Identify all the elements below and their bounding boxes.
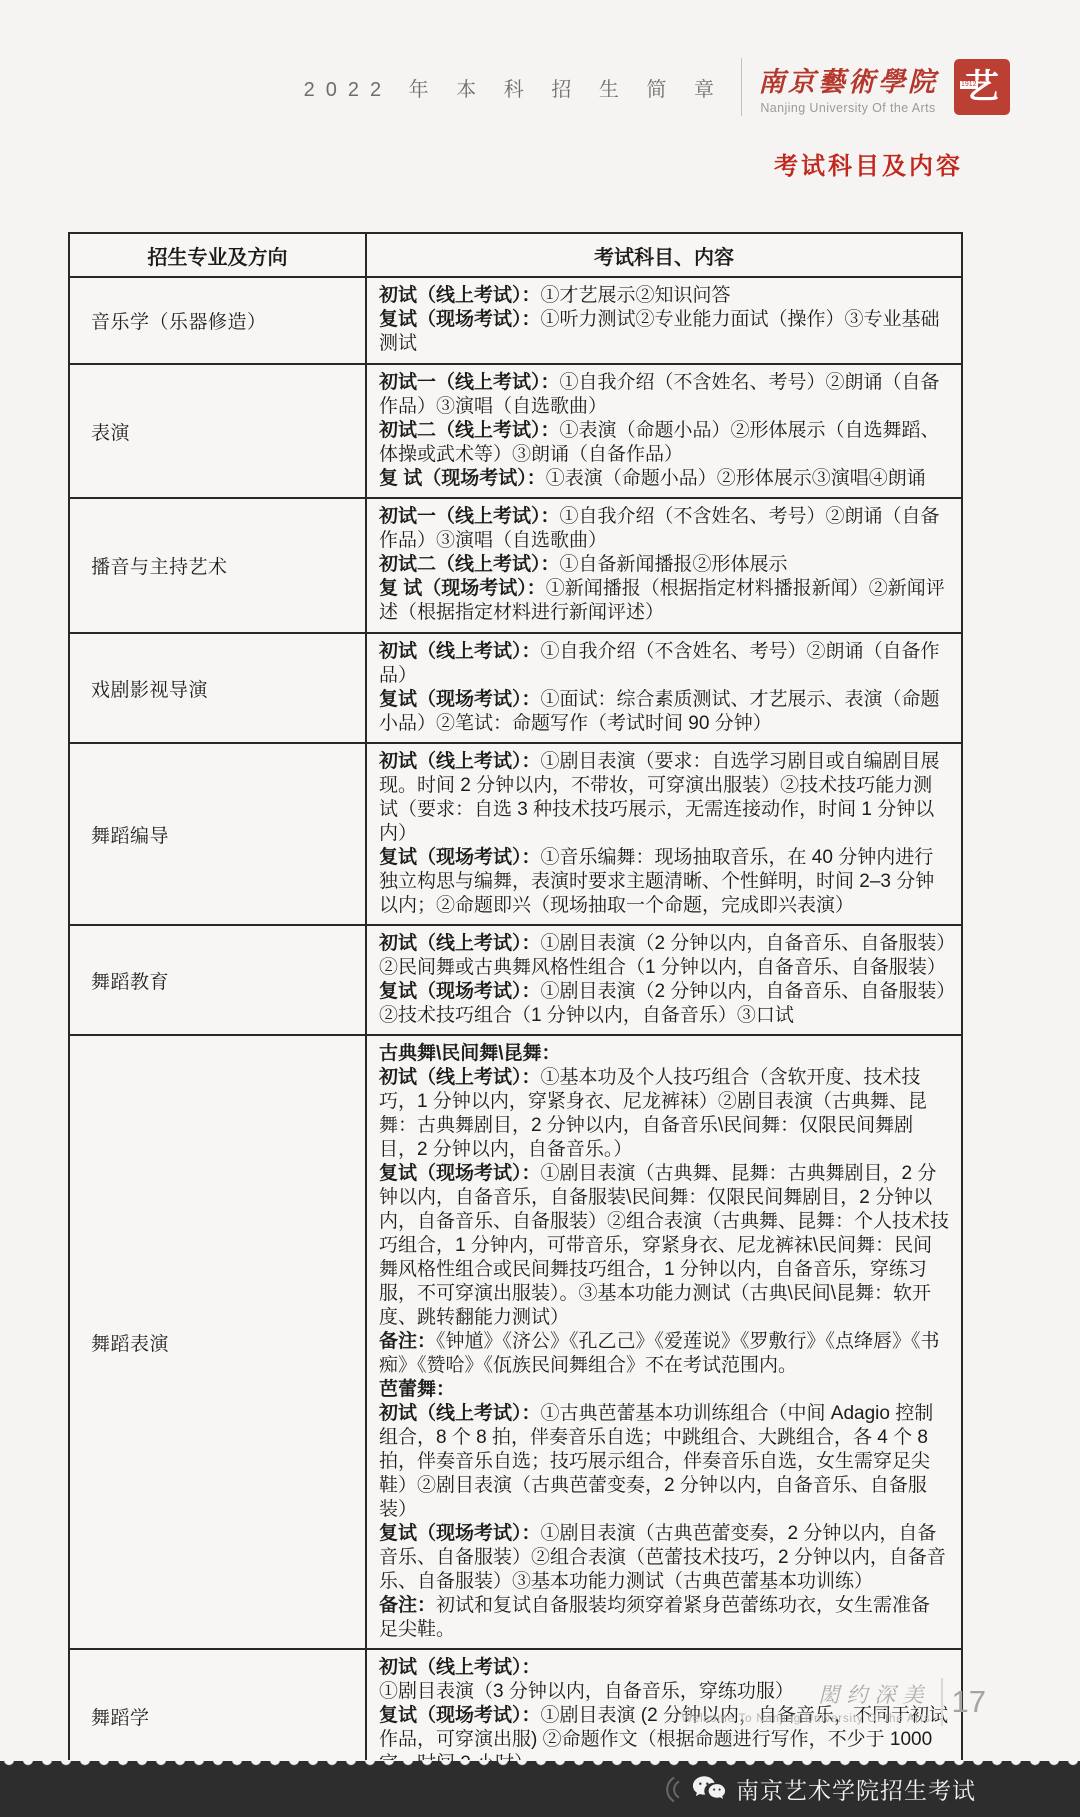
exam-item: 初试（线上考试）：①基本功及个人技巧组合（含软开度、技术技巧，1 分钟以内，穿紧…: [379, 1066, 949, 1162]
exam-item-label: 初试一（线上考试）：: [379, 506, 560, 527]
content-cell: 初试（线上考试）：①自我介绍（不含姓名、考号）②朗诵（自备作品） 复试（现场考试…: [367, 634, 961, 742]
exam-item-label: 复 试（现场考试）：: [379, 578, 546, 599]
exam-item: 复 试（现场考试）：①表演（命题小品）②形体展示③演唱④朗诵: [379, 467, 949, 491]
exam-item: 初试二（线上考试）：①表演（命题小品）②形体展示（自选舞蹈、体操或武术等）③朗诵…: [379, 419, 949, 467]
footer-motto: 閎约深美: [819, 1679, 931, 1709]
exam-item: 初试（线上考试）：①剧目表演（2 分钟以内，自备音乐、自备服装）②民间舞或古典舞…: [379, 932, 949, 980]
exam-item-text: 《钟馗》《济公》《孔乙己》《爱莲说》《罗敷行》《点绛唇》《书痴》《赞哈》《佤族民…: [379, 1331, 940, 1376]
major-cell: 戏剧影视导演: [70, 634, 367, 742]
content-cell: 初试一（线上考试）：①自我介绍（不含姓名、考号）②朗诵（自备作品）③演唱（自选歌…: [367, 499, 961, 632]
exam-item-label: 初试（线上考试）：: [379, 1067, 541, 1088]
doc-title: 2022 年 本 科 招 生 简 章: [304, 73, 725, 102]
exam-item-label: 初试二（线上考试）：: [379, 554, 560, 575]
exam-item: 初试（线上考试）：①自我介绍（不含姓名、考号）②朗诵（自备作品）: [379, 640, 949, 688]
exam-item-text: ①自备新闻播报②形体展示: [560, 554, 788, 575]
exam-item: 初试（线上考试）：①才艺展示②知识问答: [379, 284, 949, 308]
exam-item: 初试一（线上考试）：①自我介绍（不含姓名、考号）②朗诵（自备作品）③演唱（自选歌…: [379, 371, 949, 419]
page-number: 17: [952, 1684, 986, 1720]
exam-item: 复试（现场考试）：①剧目表演（古典舞、昆舞：古典舞剧目，2 分钟以内，自备音乐，…: [379, 1162, 949, 1330]
decorative-arcs-icon: [660, 1774, 682, 1804]
major-cell: 舞蹈编导: [70, 744, 367, 924]
major-cell: 舞蹈教育: [70, 926, 367, 1034]
exam-item-label: 复试（现场考试）：: [379, 981, 541, 1002]
exam-item-text: ①才艺展示②知识问答: [541, 285, 731, 306]
exam-item: 复试（现场考试）：①听力测试②专业能力面试（操作）③专业基础测试: [379, 308, 949, 356]
exam-item-label: 初试（线上考试）：: [379, 285, 541, 306]
exam-item: 古典舞\民间舞\昆舞：: [379, 1042, 949, 1066]
exam-item-label: 初试二（线上考试）：: [379, 420, 560, 441]
brochure-page: 2022 年 本 科 招 生 简 章 南京藝術學院 Nanjing Univer…: [0, 0, 1080, 1817]
university-logo-en: Nanjing University Of the Arts: [760, 101, 935, 115]
university-seal-icon: 艺 1912: [954, 59, 1010, 115]
exam-item-label: 古典舞\民间舞\昆舞：: [379, 1043, 561, 1064]
table-row: 播音与主持艺术 初试一（线上考试）：①自我介绍（不含姓名、考号）②朗诵（自备作品…: [70, 497, 961, 632]
exam-item: 初试（线上考试）：①古典芭蕾基本功训练组合（中间 Adagio 控制组合，8 个…: [379, 1402, 949, 1522]
exam-item: 初试（线上考试）：①剧目表演（要求：自选学习剧目或自编剧目展现。时间 2 分钟以…: [379, 750, 949, 846]
major-cell: 舞蹈表演: [70, 1036, 367, 1648]
col-header-major: 招生专业及方向: [70, 234, 367, 276]
footer-welcome: Welcome To Nanjing University Of the Art…: [681, 1713, 930, 1725]
table-row: 表演 初试一（线上考试）：①自我介绍（不含姓名、考号）②朗诵（自备作品）③演唱（…: [70, 363, 961, 497]
exam-item-text: ①剧目表演（古典舞、昆舞：古典舞剧目，2 分钟以内，自备音乐，自备服装\民间舞：…: [379, 1163, 949, 1328]
exam-item: 复试（现场考试）：①面试：综合素质测试、才艺展示、表演（命题小品）②笔试：命题写…: [379, 688, 949, 736]
content-cell: 古典舞\民间舞\昆舞： 初试（线上考试）：①基本功及个人技巧组合（含软开度、技术…: [367, 1036, 961, 1648]
exam-item-text: 初试和复试自备服装均须穿着紧身芭蕾练功衣，女生需准备足尖鞋。: [379, 1595, 930, 1640]
major-cell: 表演: [70, 365, 367, 497]
exam-item: 复 试（现场考试）：①新闻播报（根据指定材料播报新闻）②新闻评述（根据指定材料进…: [379, 577, 949, 625]
exam-item-label: 初试（线上考试）：: [379, 1403, 541, 1424]
table-row: 舞蹈教育 初试（线上考试）：①剧目表演（2 分钟以内，自备音乐、自备服装）②民间…: [70, 924, 961, 1034]
exam-item-text: ①表演（命题小品）②形体展示③演唱④朗诵: [546, 468, 926, 489]
page-header: 2022 年 本 科 招 生 简 章 南京藝術學院 Nanjing Univer…: [304, 58, 1010, 116]
exam-item-label: 备注：: [379, 1595, 436, 1616]
exam-item-label: 备注：: [379, 1331, 436, 1352]
content-cell: 初试（线上考试）：①剧目表演（要求：自选学习剧目或自编剧目展现。时间 2 分钟以…: [367, 744, 961, 924]
exam-item-label: 复试（现场考试）：: [379, 1523, 541, 1544]
major-cell: 播音与主持艺术: [70, 499, 367, 632]
footer-text-block: 閎约深美 Welcome To Nanjing University Of th…: [681, 1679, 930, 1725]
seal-year: 1912: [960, 81, 978, 89]
exam-item-label: 复试（现场考试）：: [379, 1163, 541, 1184]
exam-item-label: 复试（现场考试）：: [379, 689, 541, 710]
table-row: 戏剧影视导演 初试（线上考试）：①自我介绍（不含姓名、考号）②朗诵（自备作品） …: [70, 632, 961, 742]
exam-item-label: 初试（线上考试）：: [379, 1657, 541, 1678]
exam-item: 芭蕾舞：: [379, 1378, 949, 1402]
exam-table: 招生专业及方向 考试科目、内容 音乐学（乐器修造） 初试（线上考试）：①才艺展示…: [68, 232, 963, 1784]
footer-divider: [941, 1678, 943, 1726]
wechat-banner-content: 南京艺术学院招生考试: [660, 1773, 976, 1806]
university-logo-cn: 南京藝術學院: [758, 60, 938, 99]
content-cell: 初试（线上考试）：①剧目表演（2 分钟以内，自备音乐、自备服装）②民间舞或古典舞…: [367, 926, 961, 1034]
exam-item-label: 初试（线上考试）：: [379, 933, 541, 954]
content-cell: 初试（线上考试）：①才艺展示②知识问答 复试（现场考试）：①听力测试②专业能力面…: [367, 278, 961, 363]
table-row: 音乐学（乐器修造） 初试（线上考试）：①才艺展示②知识问答 复试（现场考试）：①…: [70, 276, 961, 363]
exam-item: 备注：初试和复试自备服装均须穿着紧身芭蕾练功衣，女生需准备足尖鞋。: [379, 1594, 949, 1642]
table-row: 舞蹈表演 古典舞\民间舞\昆舞： 初试（线上考试）：①基本功及个人技巧组合（含软…: [70, 1034, 961, 1648]
exam-item: 复试（现场考试）：①剧目表演（古典芭蕾变奏，2 分钟以内，自备音乐、自备服装）②…: [379, 1522, 949, 1594]
exam-item-label: 复试（现场考试）：: [379, 847, 541, 868]
col-header-content: 考试科目、内容: [367, 234, 961, 276]
exam-item: 复试（现场考试）：①剧目表演（2 分钟以内，自备音乐、自备服装）②技术技巧组合（…: [379, 980, 949, 1028]
exam-item-label: 初试（线上考试）：: [379, 751, 541, 772]
exam-item-label: 复试（现场考试）：: [379, 1705, 541, 1726]
exam-item: 初试一（线上考试）：①自我介绍（不含姓名、考号）②朗诵（自备作品）③演唱（自选歌…: [379, 505, 949, 553]
exam-item: 初试二（线上考试）：①自备新闻播报②形体展示: [379, 553, 949, 577]
exam-item-label: 初试一（线上考试）：: [379, 372, 560, 393]
exam-item-label: 复 试（现场考试）：: [379, 468, 546, 489]
content-cell: 初试一（线上考试）：①自我介绍（不含姓名、考号）②朗诵（自备作品）③演唱（自选歌…: [367, 365, 961, 497]
exam-item-label: 复试（现场考试）：: [379, 309, 541, 330]
exam-item-label: 初试（线上考试）：: [379, 641, 541, 662]
university-logo: 南京藝術學院 Nanjing University Of the Arts: [758, 60, 938, 115]
table-row: 舞蹈编导 初试（线上考试）：①剧目表演（要求：自选学习剧目或自编剧目展现。时间 …: [70, 742, 961, 924]
wechat-account-name: 南京艺术学院招生考试: [736, 1773, 976, 1806]
exam-item: 备注：《钟馗》《济公》《孔乙己》《爱莲说》《罗敷行》《点绛唇》《书痴》《赞哈》《…: [379, 1330, 949, 1378]
wechat-banner: 南京艺术学院招生考试: [0, 1761, 1080, 1817]
page-footer: 閎约深美 Welcome To Nanjing University Of th…: [681, 1678, 986, 1726]
exam-item: 复试（现场考试）：①音乐编舞：现场抽取音乐，在 40 分钟内进行独立构思与编舞，…: [379, 846, 949, 918]
major-cell: 音乐学（乐器修造）: [70, 278, 367, 363]
wechat-icon: [692, 1775, 726, 1804]
section-title: 考试科目及内容: [774, 146, 963, 181]
table-header-row: 招生专业及方向 考试科目、内容: [70, 234, 961, 276]
header-divider: [741, 58, 742, 116]
exam-item-label: 芭蕾舞：: [379, 1379, 455, 1400]
